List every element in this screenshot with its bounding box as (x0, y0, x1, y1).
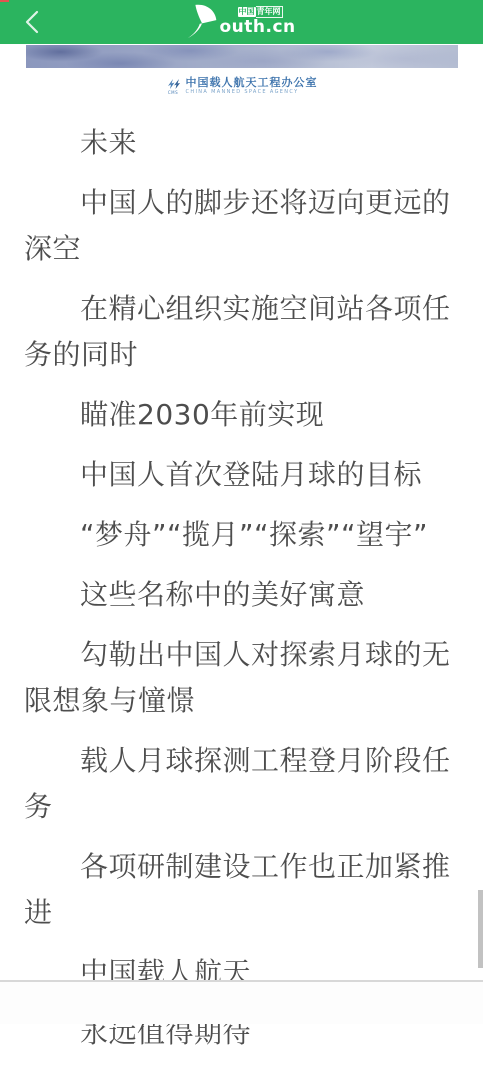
scrollbar-thumb[interactable] (478, 890, 483, 968)
article-body: 未来中国人的脚步还将迈向更远的深空在精心组织实施空间站各项任务的同时瞄准2030… (0, 110, 483, 1024)
article-paragraph: 中国人的脚步还将迈向更远的深空 (24, 180, 459, 272)
back-button[interactable] (10, 0, 54, 44)
cmsa-icon-caption: CMS (168, 91, 178, 95)
progress-bar-remnant (0, 0, 9, 2)
article-paragraph: 瞄准2030年前实现 (24, 392, 459, 438)
article-paragraph: 各项研制建设工作也正加紧推进 (24, 844, 459, 936)
logo-badge: 中国 青年网 (238, 6, 296, 17)
article-paragraph: 载人月球探测工程登月阶段任务 (24, 738, 459, 830)
article-paragraph: 在精心组织实施空间站各项任务的同时 (24, 286, 459, 378)
cmsa-logo-row: CMS 中国载人航天工程办公室 CHINA MANNED SPACE AGENC… (0, 74, 483, 98)
article-paragraph: 中国人首次登陆月球的目标 (24, 452, 459, 498)
article-paragraph: “梦舟”“揽月”“探索”“望宇” (24, 512, 459, 558)
article-paragraph: 这些名称中的美好寓意 (24, 572, 459, 618)
ginkgo-leaf-icon (184, 3, 222, 45)
logo-badge-cn: 中国 (238, 7, 256, 17)
cmsa-name-en: CHINA MANNED SPACE AGENCY (186, 89, 318, 96)
footer-spacer (0, 982, 483, 1024)
cmsa-name-cn: 中国载人航天工程办公室 (186, 77, 318, 89)
logo-badge-rest: 青年网 (256, 6, 283, 18)
article-paragraph: 未来 (24, 120, 459, 166)
article-paragraph: 勾勒出中国人对探索月球的无限想象与憧憬 (24, 632, 459, 724)
logo-wordmark: outh.cn (220, 18, 296, 36)
youthcn-logo: 中国 青年网 outh.cn (182, 0, 302, 44)
article-hero-image (26, 45, 458, 68)
cmsa-icon: CMS (166, 78, 181, 95)
app-header: 中国 青年网 outh.cn (0, 0, 483, 44)
chevron-left-icon (21, 9, 43, 35)
cmsa-names: 中国载人航天工程办公室 CHINA MANNED SPACE AGENCY (186, 77, 318, 96)
logo-text-block: 中国 青年网 outh.cn (220, 6, 296, 36)
